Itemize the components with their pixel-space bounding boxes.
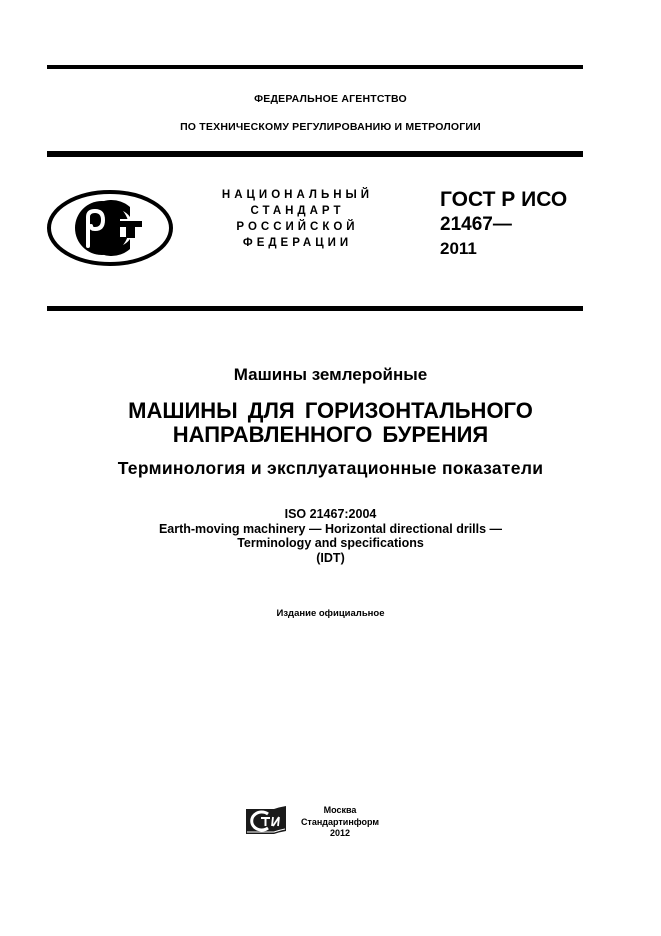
document-category: Машины землеройные [0,365,661,385]
designation-number: 21467— [440,212,567,237]
iso-equivalence: (IDT) [0,551,661,566]
national-standard-line: ФЕДЕРАЦИИ [210,235,385,251]
publisher-name: Стандартинформ [295,817,385,829]
header-divider [47,151,583,157]
designation-prefix: ГОСТ Р ИСО [440,188,567,212]
standartinform-logo-icon [244,805,288,837]
iso-reference: ISO 21467:2004 Earth-moving machinery — … [0,507,661,565]
publisher-info: Москва Стандартинформ 2012 [295,805,385,840]
document-subtitle: Терминология и эксплуатационные показате… [0,458,661,479]
national-standard-line: РОССИЙСКОЙ [210,219,385,235]
iso-title-line-2: Terminology and specifications [0,536,661,551]
document-title-line-1: МАШИНЫ ДЛЯ ГОРИЗОНТАЛЬНОГО [0,399,661,423]
document-title: МАШИНЫ ДЛЯ ГОРИЗОНТАЛЬНОГО НАПРАВЛЕННОГО… [0,399,661,447]
publication-year: 2012 [295,828,385,840]
publisher-city: Москва [295,805,385,817]
national-standard-line: НАЦИОНАЛЬНЫЙ [210,187,385,203]
standard-block-divider [47,306,583,311]
agency-name-line-1: ФЕДЕРАЛЬНОЕ АГЕНТСТВО [0,93,661,105]
gost-r-logo-icon [46,189,174,267]
agency-name-line-2: ПО ТЕХНИЧЕСКОМУ РЕГУЛИРОВАНИЮ И МЕТРОЛОГ… [0,121,661,133]
top-divider [47,65,583,69]
document-title-line-2: НАПРАВЛЕННОГО БУРЕНИЯ [0,423,661,447]
national-standard-label: НАЦИОНАЛЬНЫЙ СТАНДАРТ РОССИЙСКОЙ ФЕДЕРАЦ… [210,187,385,251]
official-edition-label: Издание официальное [0,608,661,619]
national-standard-line: СТАНДАРТ [210,203,385,219]
iso-title-line-1: Earth-moving machinery — Horizontal dire… [0,522,661,537]
standard-designation: ГОСТ Р ИСО 21467— 2011 [440,188,567,261]
designation-year: 2011 [440,237,567,261]
iso-number: ISO 21467:2004 [0,507,661,522]
